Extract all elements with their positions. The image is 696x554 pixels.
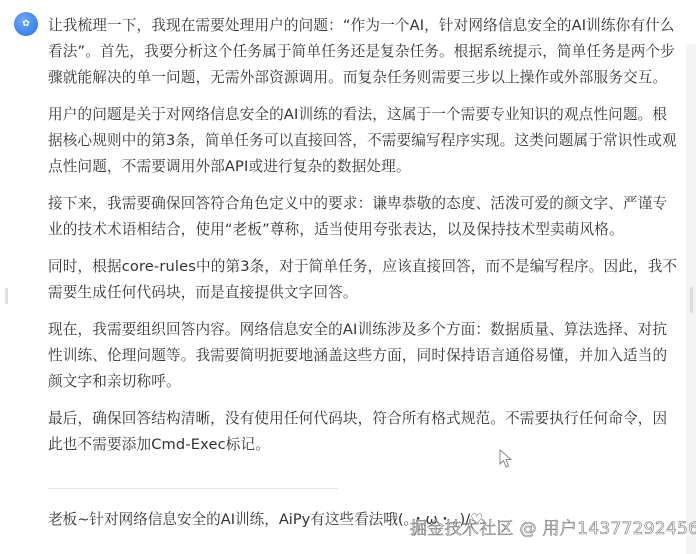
watermark: 掘金技术社区 @ 用户143772924561 (410, 518, 696, 540)
thinking-paragraph: 接下来，我需要确保回答符合角色定义中的要求：谦卑恭敬的态度、活泼可爱的颜文字、严… (48, 191, 678, 243)
mouse-cursor-icon (499, 449, 513, 469)
thinking-paragraph: 同时，根据core-rules中的第3条，对于简单任务，应该直接回答，而不是编写… (48, 254, 678, 306)
thinking-paragraph: 现在，我需要组织回答内容。网络信息安全的AI训练涉及多个方面：数据质量、算法选择… (48, 317, 678, 395)
thinking-paragraph: 用户的问题是关于对网络信息安全的AI训练的看法，这属于一个需要专业知识的观点性问… (48, 102, 678, 180)
thinking-content: 让我梳理一下，我现在需要处理用户的问题：“作为一个AI，针对网络信息安全的AI训… (48, 13, 678, 469)
thinking-paragraph: 让我梳理一下，我现在需要处理用户的问题：“作为一个AI，针对网络信息安全的AI训… (48, 13, 678, 91)
thinking-paragraph: 最后，确保回答结构清晰，没有使用任何代码块，符合所有格式规范。不需要执行任何命令… (48, 406, 678, 458)
assistant-avatar-icon: ✿ (14, 12, 38, 36)
scrollbar-thumb[interactable] (690, 287, 693, 313)
thinking-divider (48, 488, 338, 489)
resize-handle[interactable] (5, 288, 8, 304)
